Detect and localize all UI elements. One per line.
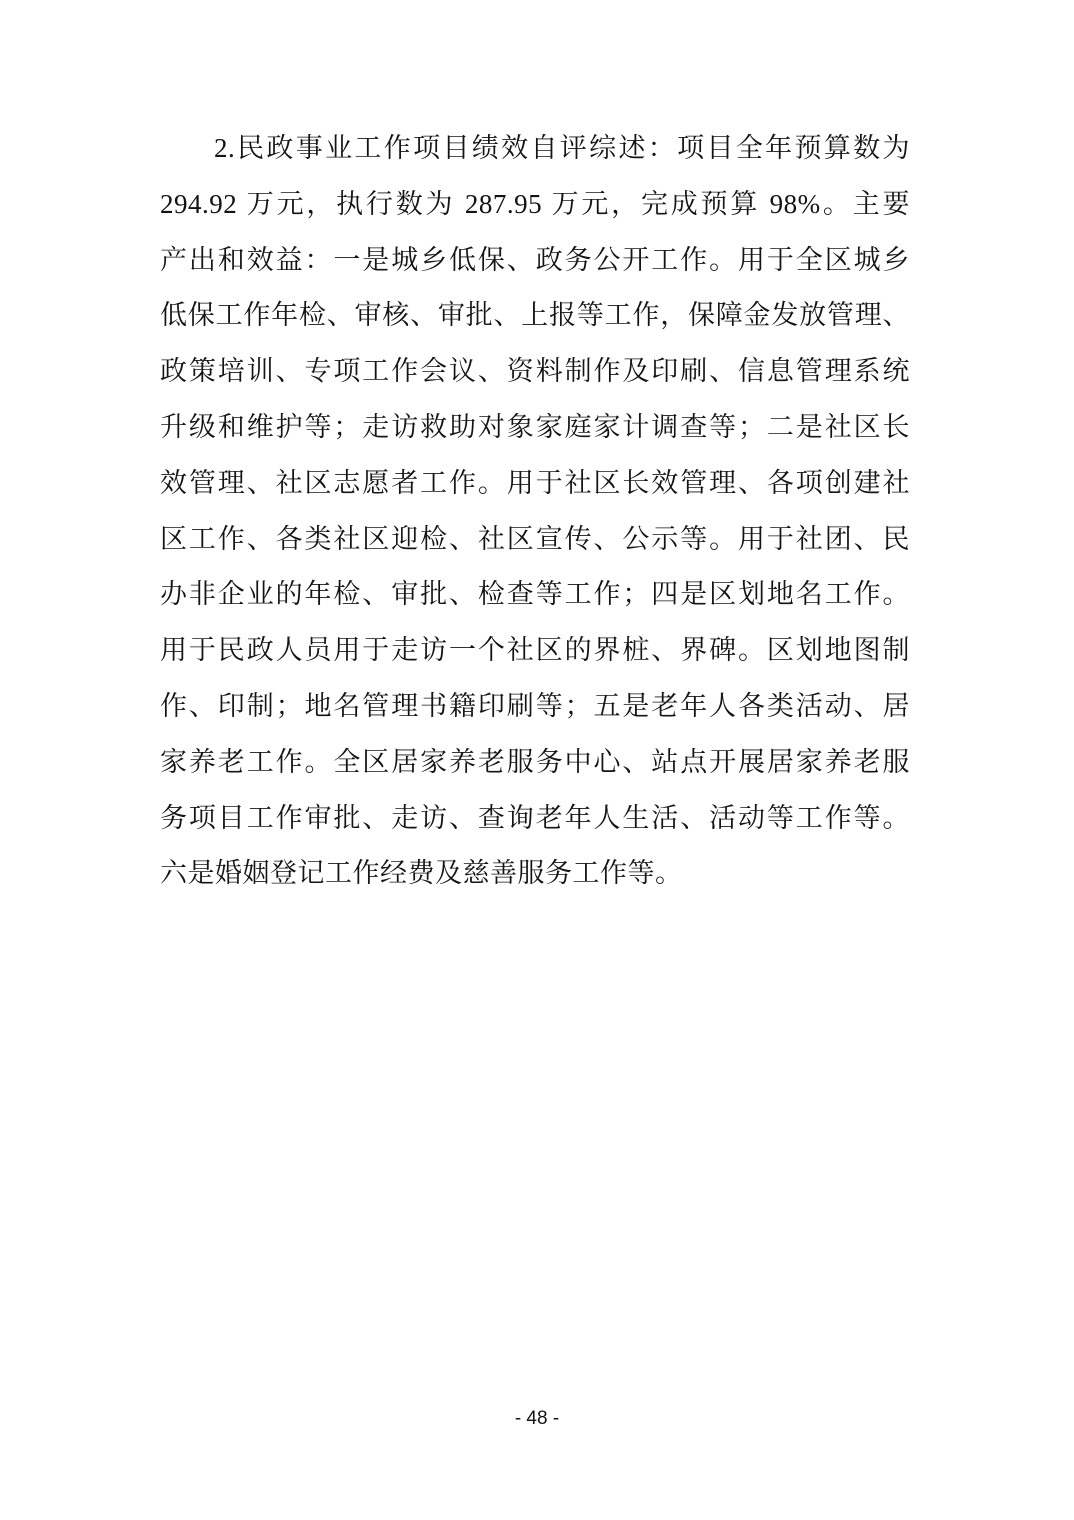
paragraph-line: 务项目工作审批、走访、查询老年人生活、活动等工作等。: [160, 791, 910, 847]
document-page: 2.民政事业工作项目绩效自评综述：项目全年预算数为 294.92 万元，执行数为…: [0, 0, 1074, 1520]
paragraph-line: 2.民政事业工作项目绩效自评综述：项目全年预算数为: [160, 121, 910, 177]
paragraph-line: 用于民政人员用于走访一个社区的界桩、界碑。区划地图制: [160, 623, 910, 679]
paragraph-line: 办非企业的年检、审批、检查等工作；四是区划地名工作。: [160, 567, 910, 623]
paragraph-line: 政策培训、专项工作会议、资料制作及印刷、信息管理系统: [160, 344, 910, 400]
page-number: - 48 -: [0, 1408, 1074, 1430]
paragraph-line: 低保工作年检、审核、审批、上报等工作，保障金发放管理、: [160, 288, 910, 344]
paragraph-line: 升级和维护等；走访救助对象家庭家计调查等；二是社区长: [160, 400, 910, 456]
paragraph-line: 作、印制；地名管理书籍印刷等；五是老年人各类活动、居: [160, 679, 910, 735]
paragraph-line: 家养老工作。全区居家养老服务中心、站点开展居家养老服: [160, 735, 910, 791]
paragraph-line: 294.92 万元，执行数为 287.95 万元，完成预算 98%。主要: [160, 177, 910, 233]
paragraph-line: 产出和效益：一是城乡低保、政务公开工作。用于全区城乡: [160, 233, 910, 289]
paragraph-line: 效管理、社区志愿者工作。用于社区长效管理、各项创建社: [160, 456, 910, 512]
paragraph-line: 六是婚姻登记工作经费及慈善服务工作等。: [160, 846, 910, 902]
paragraph: 2.民政事业工作项目绩效自评综述：项目全年预算数为 294.92 万元，执行数为…: [160, 121, 910, 902]
paragraph-line: 区工作、各类社区迎检、社区宣传、公示等。用于社团、民: [160, 512, 910, 568]
